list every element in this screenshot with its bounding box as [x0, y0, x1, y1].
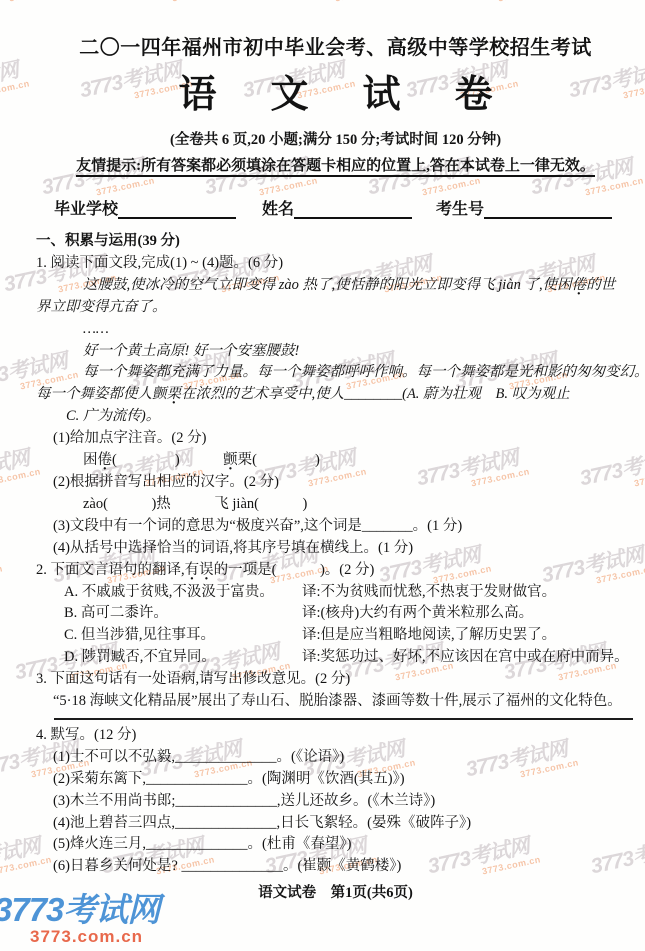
emphasized-char: 倦 — [572, 275, 587, 297]
school-label: 毕业学校 — [54, 196, 118, 219]
translation-text: 译:(核舟)大约有两个黄米粒那么高。 — [302, 603, 635, 625]
text-segment: (1)士不可以不弘毅,______________。(《论语》) — [53, 749, 344, 765]
text-segment: 界立即变得亢奋了。 — [36, 299, 167, 315]
question-2-option-c: C. 但当涉猎,见往事耳。译:但是应当粗略地阅读,了解历史罢了。 — [36, 625, 635, 647]
text-line: 界立即变得亢奋了。 — [36, 297, 635, 319]
translation-text: 译:但是应当粗略地阅读,了解历史罢了。 — [302, 625, 635, 647]
paper-info-line: (全卷共 6 页,20 小题;满分 150 分;考试时间 120 分钟) — [36, 130, 635, 150]
question-1-1: (1)给加点字注音。(2 分) — [36, 428, 635, 450]
text-segment: “5·18 海峡文化精品展”展出了寿山石、脱胎漆器、漆画等数十件,展示了福州的文… — [53, 693, 622, 709]
question-4: 4. 默写。(12 分) — [36, 725, 635, 747]
site-logo: 3773考试网 3773.com.cn — [0, 893, 159, 945]
name-input-line[interactable] — [294, 199, 412, 219]
text-segment: ( ) — [112, 452, 223, 468]
emphasized-char: 栗 — [167, 384, 182, 406]
emphasized-char: 误 — [199, 560, 214, 582]
text-segment: 困 — [83, 452, 98, 468]
notice-text: 友情提示:所有答案都必须填涂在答题卡相应的位置上,答在本试卷上一律无效。 — [76, 158, 595, 177]
text-segment: (4)从括号中选择恰当的词语,将其序号填在横线上。(1 分) — [53, 540, 413, 556]
emphasized-char: 颤 — [223, 450, 238, 472]
text-line: zào( )热 飞 jiàn( ) — [36, 494, 635, 516]
text-line: 困倦( ) 颤栗( ) — [36, 450, 635, 472]
text-segment: 这腰鼓,使冰冷的空气立即变得 zào 热了,使恬静的阳光立即变得飞 jiàn 了… — [83, 277, 572, 293]
option-text: A. 不戚戚于贫贱,不汲汲于富贵。 — [64, 582, 302, 604]
student-info-row: 毕业学校姓名考生号 — [36, 195, 635, 219]
question-2-option-a: A. 不戚戚于贫贱,不汲汲于富贵。译:不为贫贱而忧愁,不热衷于发财做官。 — [36, 582, 635, 604]
paper-title-char: 试 — [363, 72, 401, 118]
question-4-1: (1)士不可以不弘毅,______________。(《论语》) — [36, 747, 635, 769]
exam-session-title: 二〇一四年福州市初中毕业会考、高级中等学校招生考试 — [36, 34, 635, 62]
section-1-heading: 一、积累与运用(39 分) — [36, 231, 635, 253]
text-line: C. 广为流传)。 — [36, 406, 635, 428]
school-input-line[interactable] — [118, 199, 236, 219]
text-segment: 4. 默写。(12 分) — [36, 727, 136, 743]
text-segment: 1. 阅读下面文段,完成(1) ~ (4)题。(6 分) — [36, 255, 283, 271]
exam-paper-page: 3773考试网3773.com.cn3773考试网3773.com.cn3773… — [0, 0, 645, 951]
question-2-option-b: B. 高可二黍许。译:(核舟)大约有两个黄米粒那么高。 — [36, 603, 635, 625]
text-segment: 每一个舞姿都使人颤 — [36, 386, 167, 402]
text-segment: (3)文段中有一个词的意思为“极度兴奋”,这个词是_______。(1 分) — [53, 518, 462, 534]
paper-title-char: 文 — [270, 72, 308, 118]
text-line: 好一个黄土高原! 好一个安塞腰鼓! — [36, 341, 635, 363]
question-4-2: (2)采菊东篱下,______________。(陶渊明《饮酒(其五)》) — [36, 769, 635, 791]
text-segment: (3)木兰不用尚书郎;______________,送儿还故乡。(《木兰诗》) — [53, 793, 435, 809]
name-label: 姓名 — [262, 196, 294, 219]
site-logo-text: 3773考试网 — [0, 893, 159, 926]
text-segment: C. 广为流传)。 — [66, 408, 160, 424]
question-2-option-d: D. 陟罚臧否,不宜异同。译:奖惩功过、好坏,不应该因在宫中或在府中而异。 — [36, 647, 635, 669]
question-1: 1. 阅读下面文段,完成(1) ~ (4)题。(6 分) — [36, 253, 635, 275]
text-segment: 每一个舞姿都充满了力量。每一个舞姿都呼呼作响。每一个舞姿都是光和影的匆匆变幻。 — [83, 364, 645, 380]
question-1-4: (4)从括号中选择恰当的词语,将其序号填在横线上。(1 分) — [36, 538, 635, 560]
text-segment: 一、积累与运用(39 分) — [36, 233, 180, 249]
text-segment: (4)池上碧苔三四点,______________,日长飞絮轻。(晏殊《破阵子》… — [53, 815, 471, 831]
text-line: 这腰鼓,使冰冷的空气立即变得 zào 热了,使恬静的阳光立即变得飞 jiàn 了… — [36, 275, 635, 297]
question-4-5: (5)烽火连三月,______________。(杜甫《春望》) — [36, 834, 635, 856]
candidate-input-line[interactable] — [484, 199, 612, 219]
question-1-2: (2)根据拼音写出相应的汉字。(2 分) — [36, 472, 635, 494]
text-segment: zào( )热 飞 jiàn( ) — [83, 496, 307, 512]
text-line: 每一个舞姿都使人颤栗在浓烈的艺术享受中,使人________(A. 蔚为壮观 B… — [36, 384, 635, 406]
section-divider — [54, 718, 633, 720]
text-line: …… — [36, 319, 635, 341]
text-segment: 栗( ) — [238, 452, 320, 468]
text-segment: (6)日暮乡关何处是? ______________。(崔颢《黄鹤楼》) — [53, 858, 401, 874]
question-4-6: (6)日暮乡关何处是? ______________。(崔颢《黄鹤楼》) — [36, 856, 635, 878]
text-segment: 3. 下面这句话有一处语病,请写出修改意见。(2 分) — [36, 671, 350, 687]
text-segment: …… — [83, 321, 109, 337]
question-4-3: (3)木兰不用尚书郎;______________,送儿还故乡。(《木兰诗》) — [36, 791, 635, 813]
text-segment: 在浓烈的艺术享受中,使人________(A. 蔚为壮观 B. 叹为观止 — [181, 386, 570, 402]
text-line: 每一个舞姿都充满了力量。每一个舞姿都呼呼作响。每一个舞姿都是光和影的匆匆变幻。 — [36, 362, 635, 384]
text-segment: 的一项是( )。(2 分) — [214, 562, 375, 578]
translation-text: 译:奖惩功过、好坏,不应该因在宫中或在府中而异。 — [302, 647, 635, 669]
option-text: C. 但当涉猎,见往事耳。 — [64, 625, 302, 647]
paper-title: 语 文 试 卷 — [36, 72, 635, 118]
question-body: 一、积累与运用(39 分)1. 阅读下面文段,完成(1) ~ (4)题。(6 分… — [36, 231, 635, 878]
text-segment: (2)根据拼音写出相应的汉字。(2 分) — [53, 474, 279, 490]
text-segment: 的世 — [586, 277, 615, 293]
option-text: B. 高可二黍许。 — [64, 603, 302, 625]
site-logo-url: 3773.com.cn — [30, 928, 159, 945]
candidate-label: 考生号 — [436, 196, 484, 219]
question-1-3: (3)文段中有一个词的意思为“极度兴奋”,这个词是_______。(1 分) — [36, 516, 635, 538]
paper-content: 二〇一四年福州市初中毕业会考、高级中等学校招生考试 语 文 试 卷 (全卷共 6… — [0, 0, 645, 951]
translation-text: 译:不为贫贱而忧愁,不热衷于发财做官。 — [302, 582, 635, 604]
question-3: 3. 下面这句话有一处语病,请写出修改意见。(2 分) — [36, 669, 635, 691]
text-segment: (1)给加点字注音。(2 分) — [53, 430, 206, 446]
question-2: 2. 下面文言语句的翻译,有误的一项是( )。(2 分) — [36, 560, 635, 582]
question-4-4: (4)池上碧苔三四点,______________,日长飞絮轻。(晏殊《破阵子》… — [36, 813, 635, 835]
paper-title-char: 卷 — [455, 72, 493, 118]
notice-line: 友情提示:所有答案都必须填涂在答题卡相应的位置上,答在本试卷上一律无效。 — [36, 155, 635, 177]
text-segment: (5)烽火连三月,______________。(杜甫《春望》) — [53, 836, 351, 852]
emphasized-char: 有 — [185, 560, 200, 582]
emphasized-char: 倦 — [98, 450, 113, 472]
text-segment: (2)采菊东篱下,______________。(陶渊明《饮酒(其五)》) — [53, 771, 405, 787]
text-line: “5·18 海峡文化精品展”展出了寿山石、脱胎漆器、漆画等数十件,展示了福州的文… — [36, 691, 635, 713]
text-segment: 好一个黄土高原! 好一个安塞腰鼓! — [83, 343, 299, 359]
option-text: D. 陟罚臧否,不宜异同。 — [64, 647, 302, 669]
text-segment: 2. 下面文言语句的翻译, — [36, 562, 185, 578]
paper-title-char: 语 — [178, 72, 216, 118]
